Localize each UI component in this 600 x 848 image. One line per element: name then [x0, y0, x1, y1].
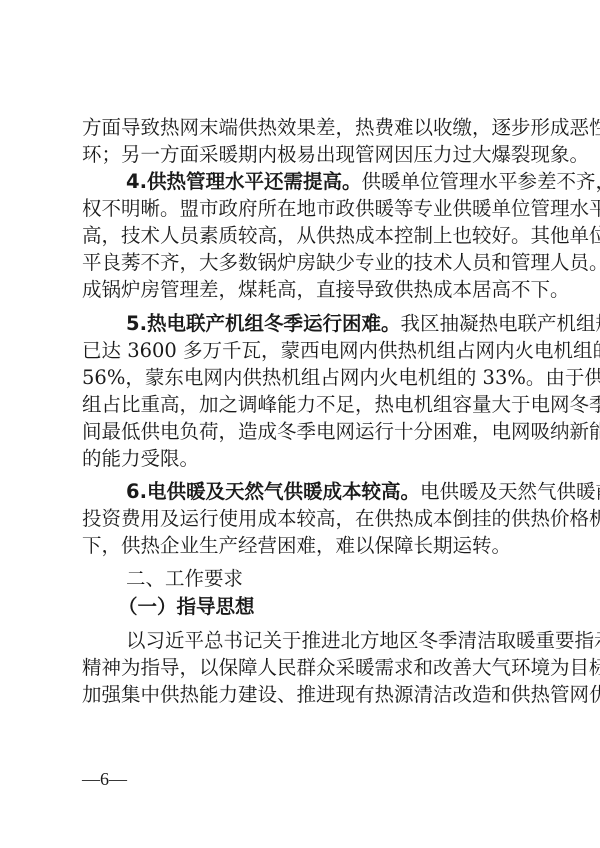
- text-line: 56%，蒙东电网内供热机组占网内火电机组的 33%。由于供热机: [82, 366, 524, 390]
- text-line: 间最低供电负荷，造成冬季电网运行十分困难，电网吸纳新能源: [82, 420, 524, 444]
- text-line: 以习近平总书记关于推进北方地区冬季清洁取暖重要指示: [126, 629, 524, 653]
- document-page: 方面导致热网末端供热效果差，热费难以收缴，逐步形成恶性循 环；另一方面采暖期内极…: [0, 0, 600, 848]
- section-5-title: 5.热电联产机组冬季运行困难。: [126, 312, 400, 335]
- page-number: —6—: [82, 768, 127, 790]
- section-5-text: 我区抽凝热电联产机组规模: [400, 312, 600, 335]
- section-6-first-line: 6.电供暖及天然气供暖成本较高。电供暖及天然气供暖前期: [126, 480, 524, 504]
- text-line: 精神为指导，以保障人民群众采暖需求和改善大气环境为目标，: [82, 656, 524, 680]
- text-line: 权不明晰。盟市政府所在地市政供暖等专业供暖单位管理水平较: [82, 197, 524, 221]
- text-line: 平良莠不齐，大多数锅炉房缺少专业的技术人员和管理人员。造: [82, 251, 524, 275]
- text-line: 投资费用及运行使用成本较高，在供热成本倒挂的供热价格机制: [82, 507, 524, 531]
- section-6-title: 6.电供暖及天然气供暖成本较高。: [126, 480, 420, 503]
- text-line: 高，技术人员素质较高，从供热成本控制上也较好。其他单位水: [82, 224, 524, 248]
- section-6-text: 电供暖及天然气供暖前期: [420, 480, 600, 503]
- section-4-first-line: 4.供热管理水平还需提高。供暖单位管理水平参差不齐，产: [126, 170, 524, 194]
- heading-guiding-ideology: （一）指导思想: [118, 595, 516, 619]
- text-line: 组占比重高，加之调峰能力不足，热电机组容量大于电网冬季夜: [82, 393, 524, 417]
- section-5-first-line: 5.热电联产机组冬季运行困难。我区抽凝热电联产机组规模: [126, 312, 524, 336]
- text-line: 成锅炉房管理差，煤耗高，直接导致供热成本居高不下。: [82, 278, 524, 302]
- text-line: 的能力受限。: [82, 447, 524, 471]
- text-line: 下，供热企业生产经营困难，难以保障长期运转。: [82, 534, 524, 558]
- section-4-text: 供暖单位管理水平参差不齐，产: [361, 170, 600, 193]
- section-4-title: 4.供热管理水平还需提高。: [126, 170, 361, 193]
- text-line: 方面导致热网末端供热效果差，热费难以收缴，逐步形成恶性循: [82, 116, 524, 140]
- heading-work-requirements: 二、工作要求: [126, 567, 524, 591]
- text-line: 加强集中供热能力建设、推进现有热源清洁改造和供热管网优化: [82, 683, 524, 707]
- text-line: 已达 3600 多万千瓦，蒙西电网内供热机组占网内火电机组的: [82, 339, 524, 363]
- text-line: 环；另一方面采暖期内极易出现管网因压力过大爆裂现象。: [82, 143, 524, 167]
